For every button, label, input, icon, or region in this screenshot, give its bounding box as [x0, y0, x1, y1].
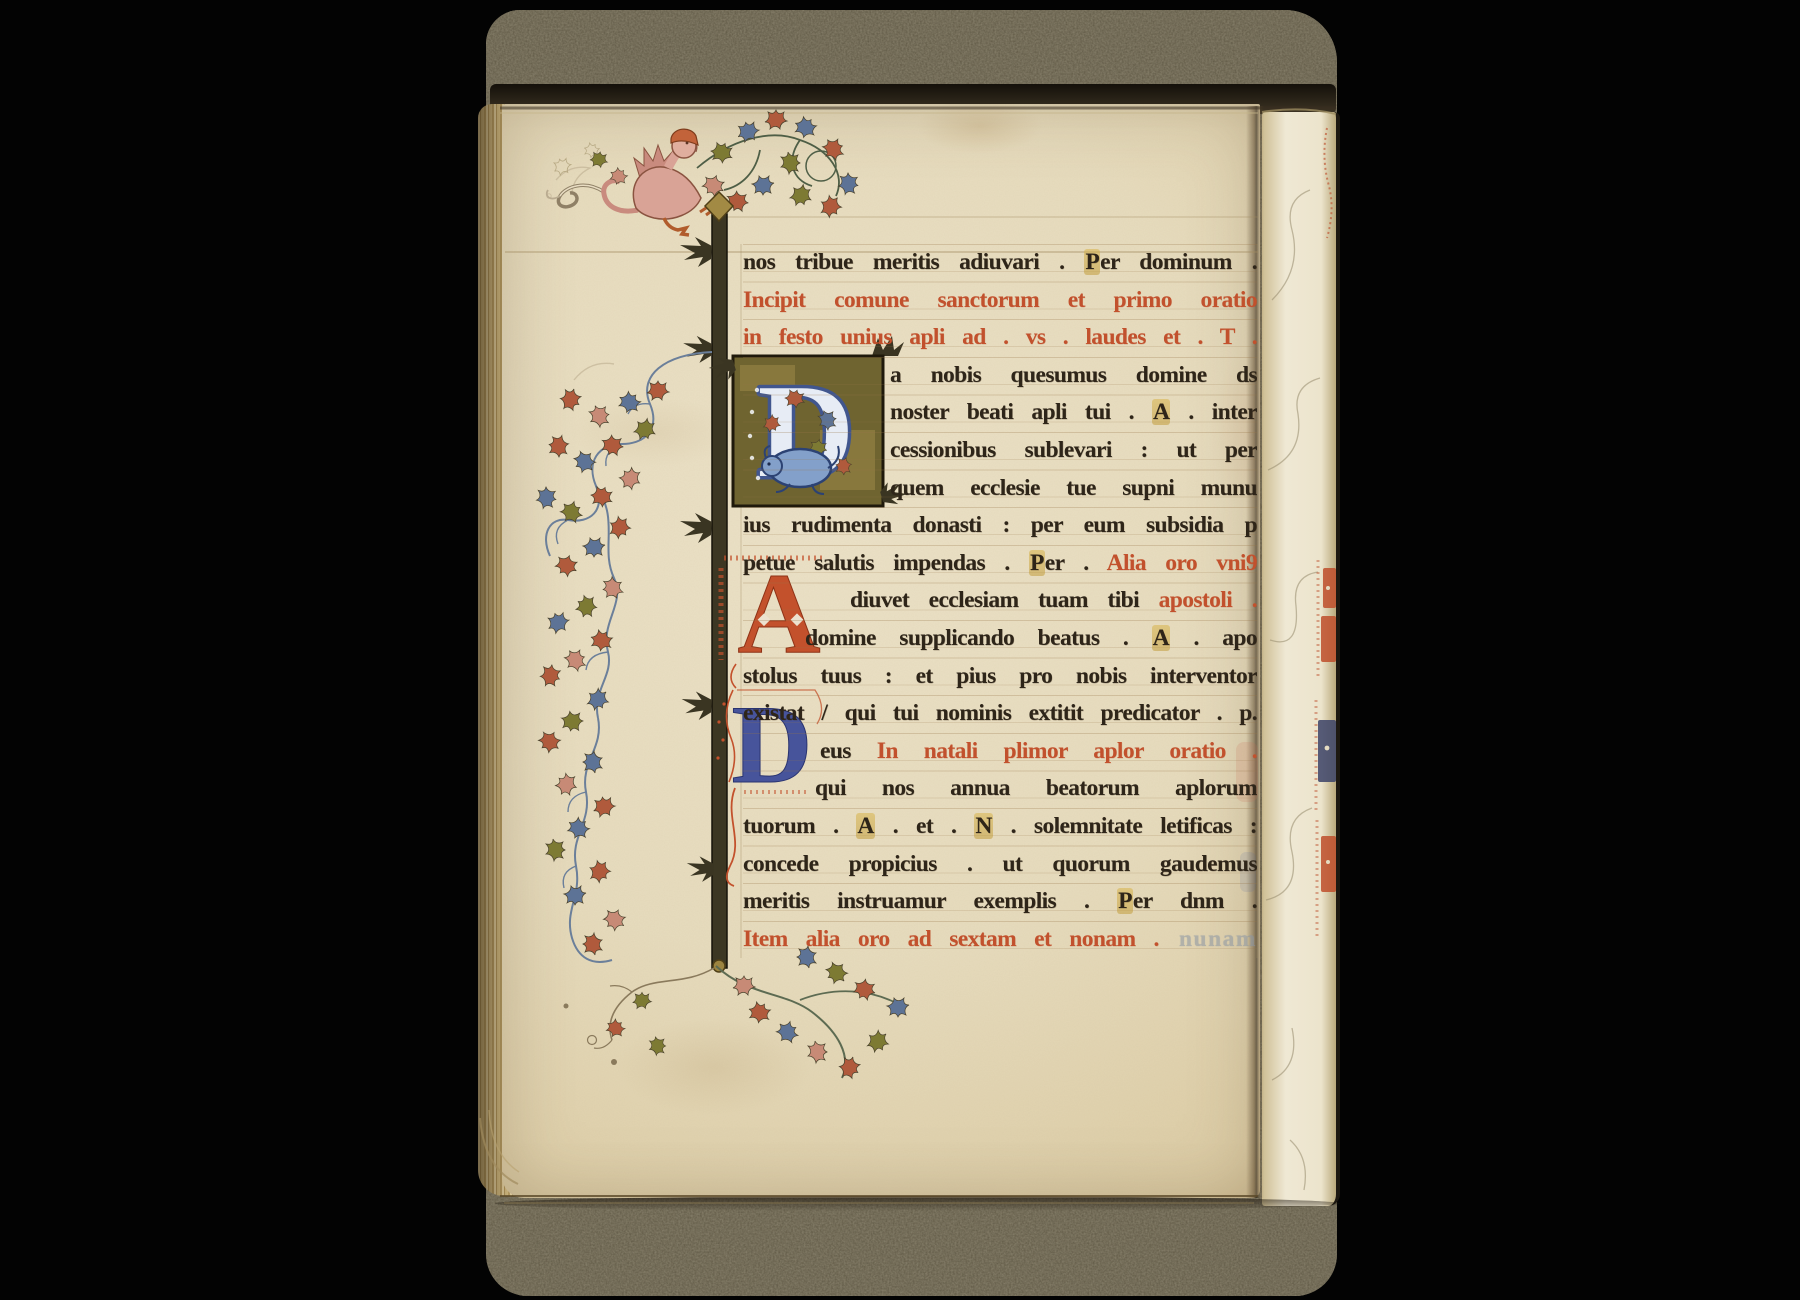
body-text: nos tribue meritis adiuvari .	[743, 249, 1084, 275]
body-text: quem ecclesie tue supni munu	[890, 475, 1257, 501]
body-text: . solemnitate letificas :	[993, 813, 1257, 839]
body-text: er dnm .	[1133, 888, 1257, 914]
manuscript-line: diuvet ecclesiam tuam tibi apostoli .	[743, 582, 1257, 620]
manuscript-line: quem ecclesie tue supni munu	[743, 470, 1257, 508]
body-text: stolus tuus : et pius pro nobis interven…	[743, 663, 1257, 689]
body-text: a nobis quesumus domine ds	[890, 362, 1257, 388]
manuscript-line: existat / qui tui nominis extitit predic…	[743, 695, 1257, 733]
rubric-text: Alia oro vni9	[1107, 550, 1257, 576]
body-text: er dominum .	[1100, 249, 1257, 275]
rubric-text: In natali plimor aplor oratio .	[877, 738, 1257, 764]
body-text: P	[1029, 550, 1045, 576]
body-text: N	[974, 813, 992, 839]
body-text: . inter	[1170, 399, 1257, 425]
body-text: petue salutis impendas .	[743, 550, 1029, 576]
body-text: concede propicius . ut quorum gaudemus	[743, 851, 1257, 877]
body-text: A	[856, 813, 874, 839]
manuscript-line: cessionibus sublevari : ut per	[743, 432, 1257, 470]
body-text: cessionibus sublevari : ut per	[890, 437, 1257, 463]
manuscript-line: stolus tuus : et pius pro nobis interven…	[743, 658, 1257, 696]
manuscript-line: domine supplicando beatus . A . apo	[743, 620, 1257, 658]
manuscript-line: concede propicius . ut quorum gaudemus	[743, 846, 1257, 884]
manuscript-line: in festo unius apli ad . vs . laudes et …	[743, 319, 1257, 357]
body-text: domine supplicando beatus .	[805, 625, 1152, 651]
body-text: . et .	[875, 813, 975, 839]
manuscript-line: qui nos annua beatorum aplorum	[743, 770, 1257, 808]
body-text: ius rudimenta donasti : per eum subsidia…	[743, 512, 1257, 538]
rubric-text: in festo unius apli ad . vs . laudes et …	[743, 324, 1257, 350]
manuscript-line: a nobis quesumus domine ds	[743, 357, 1257, 395]
body-text: . apo	[1170, 625, 1257, 651]
body-text: diuvet ecclesiam tuam tibi	[850, 587, 1159, 613]
body-text: noster beati apli tui .	[890, 399, 1152, 425]
body-text: A	[1152, 625, 1170, 651]
manuscript-line: tuorum . A . et . N . solemnitate letifi…	[743, 808, 1257, 846]
body-text: er .	[1045, 550, 1107, 576]
body-text: P	[1084, 249, 1100, 275]
body-text: A	[1152, 399, 1170, 425]
body-text: eus	[820, 738, 877, 764]
manuscript-line: Item alia oro ad sextam et nonam . nunam	[743, 921, 1257, 959]
manuscript-line: petue salutis impendas . Per . Alia oro …	[743, 545, 1257, 583]
rubric-text: Incipit comune sanctorum et primo oratio	[743, 287, 1257, 313]
manuscript-line: eus In natali plimor aplor oratio .	[743, 733, 1257, 771]
body-text: qui nos annua beatorum aplorum	[815, 775, 1257, 801]
bleedthrough-text: nunam	[1159, 926, 1257, 952]
manuscript-line: ius rudimenta donasti : per eum subsidia…	[743, 507, 1257, 545]
body-text: existat / qui tui nominis extitit predic…	[743, 700, 1257, 726]
rubric-text: apostoli .	[1159, 587, 1257, 613]
body-text: tuorum .	[743, 813, 856, 839]
body-text: P	[1117, 888, 1133, 914]
body-text: meritis instruamur exemplis .	[743, 888, 1117, 914]
book-cast-shadow	[495, 1196, 1340, 1211]
manuscript-text-block: nos tribue meritis adiuvari . Per dominu…	[743, 244, 1257, 958]
rubric-text: Item alia oro ad sextam et nonam .	[743, 926, 1159, 952]
manuscript-line: meritis instruamur exemplis . Per dnm .	[743, 883, 1257, 921]
manuscript-photo: D	[0, 0, 1800, 1300]
manuscript-line: noster beati apli tui . A . inter	[743, 394, 1257, 432]
manuscript-line: Incipit comune sanctorum et primo oratio	[743, 282, 1257, 320]
next-page-edge	[1262, 112, 1340, 1206]
manuscript-line: nos tribue meritis adiuvari . Per dominu…	[743, 244, 1257, 282]
